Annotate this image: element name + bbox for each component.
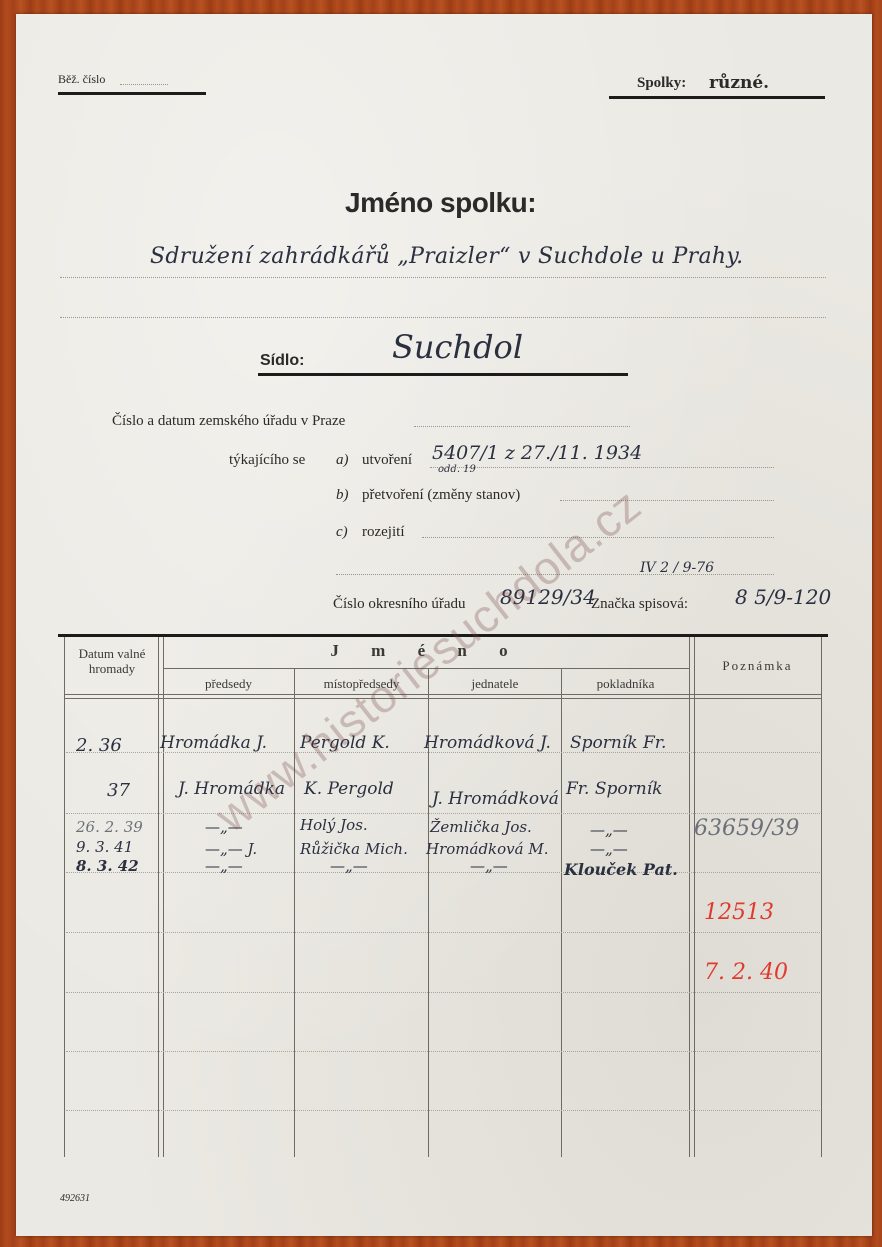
row-chair: Hromádka J. [160,733,267,753]
item-b-label: přetvoření (změny stanov) [362,487,520,504]
category-value: různé. [709,73,769,93]
category-label: Spolky: [637,75,686,92]
row-secretary: J. Hromádková [432,789,559,809]
row-chair: —„— [205,857,243,875]
row-treasurer: Klouček Pat. [564,860,678,879]
district-office-label: Číslo okresního úřadu [333,596,466,613]
item-a-value: 5407/1 z 27./11. 1934 [432,442,642,464]
row-treasurer: —„— [590,840,628,858]
seat-value: Suchdol [392,328,523,366]
file-mark-label: Značka spisová: [591,596,688,613]
row-divider [66,1110,820,1111]
serial-number-label: Běž. číslo [58,72,105,87]
row-date: 26. 2. 39 [76,818,143,836]
red-note-date: 7. 2. 40 [704,960,788,985]
serial-underline [58,92,206,95]
file-mark-note: IV 2 / 9-76 [640,560,714,576]
row-secretary: Žemlička Jos. [430,818,532,836]
item-a-marker: a) [336,452,349,469]
land-office-label: Číslo a datum zemského úřadu v Praze [112,413,345,430]
row-date: 37 [107,780,130,801]
serial-number-field [120,84,168,85]
item-c-marker: c) [336,524,348,541]
row-divider [66,872,820,873]
form-number: 492631 [60,1193,90,1204]
treasurer-col-divider [689,637,695,1157]
header-secretary: jednatele [429,676,561,691]
district-office-value: 89129/34 [500,585,596,609]
association-name: Sdružení zahrádkářů „Praizler“ v Suchdol… [150,244,743,269]
header-treasurer: pokladníka [562,676,689,691]
header-name-group: J m é n o [163,643,689,658]
row-vice: —„— [330,857,368,875]
row-divider [66,1051,820,1052]
row-chair: J. Hromádka [178,779,285,799]
item-a-line [430,467,774,468]
item-b-marker: b) [336,487,349,504]
row-date: 8. 3. 42 [76,857,139,875]
land-office-line [414,426,630,427]
header-bottom-rule [64,694,822,699]
item-c-line [422,537,774,538]
row-vice: Růžička Mich. [300,840,408,858]
item-c-label: rozejití [362,524,404,541]
item-b-line [560,500,774,501]
chair-col-divider [294,668,295,1157]
row-divider [66,992,820,993]
header-date: Datum valné hromady [66,646,158,676]
name-line-2 [60,317,826,318]
item-a-subnote: odd. 19 [438,464,476,475]
header-note: Poznámka [694,658,821,673]
row-treasurer: —„— [590,821,628,839]
row-date: 2. 36 [76,735,122,756]
table-left-border [64,637,65,1157]
row-chair: —„— [205,818,243,836]
secretary-col-divider [561,668,562,1157]
category-underline [609,96,825,99]
row-treasurer: Fr. Sporník [566,779,662,799]
name-line-1 [60,277,826,278]
row-secretary: Hromádková J. [424,733,551,753]
row-chair: —„— J. [205,840,257,858]
seat-underline [258,373,628,376]
table-right-border [821,637,822,1157]
concerning-label: týkajícího se [229,452,305,469]
row-vice: Holý Jos. [300,816,368,834]
page-title: Jméno spolku: [345,187,536,219]
group-header-rule [163,668,689,669]
header-vice: místopředsedy [295,676,428,691]
row-vice: K. Pergold [304,779,394,799]
row-treasurer: Sporník Fr. [570,733,666,753]
date-col-divider [158,637,164,1157]
item-a-label: utvoření [362,452,412,469]
header-chair: předsedy [163,676,294,691]
row-date: 9. 3. 41 [76,838,133,856]
row-vice: Pergold K. [300,733,390,753]
file-mark-value: 8 5/9-120 [735,585,831,609]
table-top-rule [58,634,828,637]
row-secretary: —„— [470,857,508,875]
row-secretary: Hromádková M. [426,840,548,858]
row-note: 63659/39 [694,816,799,841]
red-note-number: 12513 [704,900,774,925]
seat-label: Sídlo: [260,352,304,370]
row-divider [66,932,820,933]
row-divider [66,813,820,814]
